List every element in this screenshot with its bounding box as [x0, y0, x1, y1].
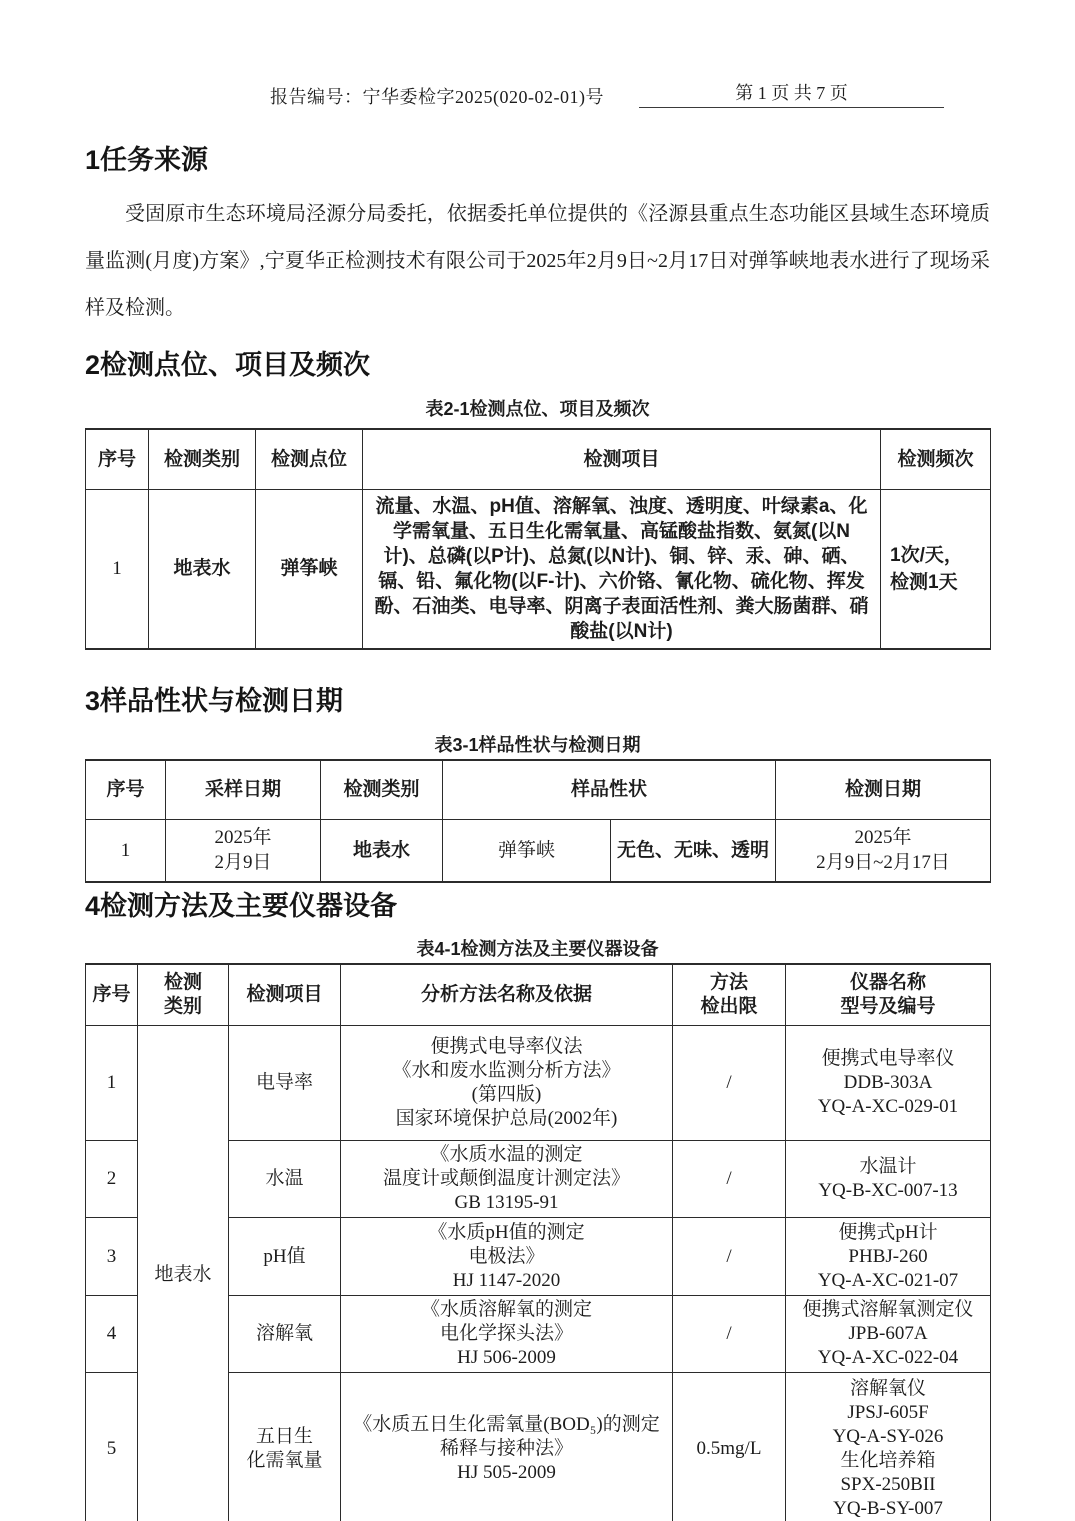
- col-header-item: 检测项目: [229, 964, 341, 1026]
- cell-limit: /: [673, 1296, 786, 1373]
- col-header-category: 检测类别: [149, 429, 256, 489]
- cell-item: 溶解氧: [229, 1296, 341, 1373]
- cell-limit: /: [673, 1218, 786, 1296]
- page-header: 报告编号：宁华委检字2025(020-02-01)号 第 1 页 共 7 页: [85, 82, 990, 108]
- table-3-1-caption: 表3-1样品性状与检测日期: [85, 733, 990, 757]
- cell-seq: 2: [86, 1141, 138, 1218]
- table-3-1-header-row: 序号 采样日期 检测类别 样品性状 检测日期: [86, 760, 991, 820]
- cell-site: 弹筝峡: [443, 820, 611, 882]
- section-4-title: 4检测方法及主要仪器设备: [85, 890, 990, 923]
- cell-sampling-date: 2025年 2月9日: [166, 820, 321, 882]
- table-3-1: 序号 采样日期 检测类别 样品性状 检测日期 1 2025年 2月9日 地表水 …: [85, 759, 991, 883]
- cell-method: 《水质水温的测定 温度计或颠倒温度计测定法》 GB 13195-91: [341, 1141, 673, 1218]
- cell-limit: /: [673, 1141, 786, 1218]
- col-header-seq: 序号: [86, 964, 138, 1026]
- cell-limit: 0.5mg/L: [673, 1373, 786, 1521]
- col-header-sampling-date: 采样日期: [166, 760, 321, 820]
- cell-item: 五日生 化需氧量: [229, 1373, 341, 1521]
- table-2-1-caption: 表2-1检测点位、项目及频次: [85, 397, 990, 421]
- cell-category: 地表水: [321, 820, 443, 882]
- col-header-detection-limit: 方法 检出限: [673, 964, 786, 1026]
- cell-seq: 4: [86, 1296, 138, 1373]
- col-header-category: 检测 类别: [138, 964, 229, 1026]
- section-2-title: 2检测点位、项目及频次: [85, 349, 990, 382]
- table-4-1: 序号 检测 类别 检测项目 分析方法名称及依据 方法 检出限 仪器名称 型号及编…: [85, 963, 991, 1521]
- cell-instrument: 溶解氧仪 JPSJ-605F YQ-A-SY-026 生化培养箱 SPX-250…: [786, 1373, 991, 1521]
- cell-item: 水温: [229, 1141, 341, 1218]
- table-2-1: 序号 检测类别 检测点位 检测项目 检测频次 1 地表水 弹筝峡 流量、水温、p…: [85, 428, 991, 650]
- section-1-title: 1任务来源: [85, 144, 990, 177]
- col-header-seq: 序号: [86, 429, 149, 489]
- cell-instrument: 水温计 YQ-B-XC-007-13: [786, 1141, 991, 1218]
- cell-instrument: 便携式电导率仪 DDB-303A YQ-A-XC-029-01: [786, 1026, 991, 1141]
- cell-method: 《水质溶解氧的测定 电化学探头法》 HJ 506-2009: [341, 1296, 673, 1373]
- col-header-site: 检测点位: [256, 429, 363, 489]
- task-source-paragraph: 受固原市生态环境局泾源分局委托，依据委托单位提供的《泾源县重点生态功能区县域生态…: [85, 191, 990, 332]
- report-number: 报告编号：宁华委检字2025(020-02-01)号: [270, 86, 604, 108]
- col-header-frequency: 检测频次: [881, 429, 991, 489]
- cell-frequency: 1次/天， 检测1天: [881, 489, 991, 649]
- cell-seq: 1: [86, 1026, 138, 1141]
- cell-seq: 3: [86, 1218, 138, 1296]
- table-4-1-header-row: 序号 检测 类别 检测项目 分析方法名称及依据 方法 检出限 仪器名称 型号及编…: [86, 964, 991, 1026]
- table-3-1-data-row: 1 2025年 2月9日 地表水 弹筝峡 无色、无味、透明 2025年 2月9日…: [86, 820, 991, 882]
- col-header-test-date: 检测日期: [776, 760, 991, 820]
- cell-instrument: 便携式pH计 PHBJ-260 YQ-A-XC-021-07: [786, 1218, 991, 1296]
- cell-site: 弹筝峡: [256, 489, 363, 649]
- col-header-seq: 序号: [86, 760, 166, 820]
- cell-seq: 5: [86, 1373, 138, 1521]
- table-2-1-header-row: 序号 检测类别 检测点位 检测项目 检测频次: [86, 429, 991, 489]
- cell-category: 地表水: [149, 489, 256, 649]
- col-header-instrument: 仪器名称 型号及编号: [786, 964, 991, 1026]
- col-header-sample-character: 样品性状: [443, 760, 776, 820]
- cell-seq: 1: [86, 489, 149, 649]
- cell-item: pH值: [229, 1218, 341, 1296]
- table-4-1-caption: 表4-1检测方法及主要仪器设备: [85, 937, 990, 961]
- cell-method: 《水质pH值的测定 电极法》 HJ 1147-2020: [341, 1218, 673, 1296]
- section-3-title: 3样品性状与检测日期: [85, 685, 990, 718]
- cell-character: 无色、无味、透明: [611, 820, 776, 882]
- cell-method: 《水质五日生化需氧量(BOD₅)的测定 稀释与接种法》 HJ 505-2009: [341, 1373, 673, 1521]
- cell-seq: 1: [86, 820, 166, 882]
- cell-method: 便携式电导率仪法 《水和废水监测分析方法》 (第四版) 国家环境保护总局(200…: [341, 1026, 673, 1141]
- col-header-items: 检测项目: [363, 429, 881, 489]
- cell-item: 电导率: [229, 1026, 341, 1141]
- cell-test-date: 2025年 2月9日~2月17日: [776, 820, 991, 882]
- col-header-category: 检测类别: [321, 760, 443, 820]
- page-number-indicator: 第 1 页 共 7 页: [639, 82, 944, 108]
- report-page: 报告编号：宁华委检字2025(020-02-01)号 第 1 页 共 7 页 1…: [0, 0, 1075, 1521]
- table-4-1-row-1: 1 地表水 电导率 便携式电导率仪法 《水和废水监测分析方法》 (第四版) 国家…: [86, 1026, 991, 1141]
- cell-instrument: 便携式溶解氧测定仪 JPB-607A YQ-A-XC-022-04: [786, 1296, 991, 1373]
- cell-items: 流量、水温、pH值、溶解氧、浊度、透明度、叶绿素a、化学需氧量、五日生化需氧量、…: [363, 489, 881, 649]
- page-content: 报告编号：宁华委检字2025(020-02-01)号 第 1 页 共 7 页 1…: [0, 0, 1075, 1521]
- col-header-method: 分析方法名称及依据: [341, 964, 673, 1026]
- cell-limit: /: [673, 1026, 786, 1141]
- table-2-1-data-row: 1 地表水 弹筝峡 流量、水温、pH值、溶解氧、浊度、透明度、叶绿素a、化学需氧…: [86, 489, 991, 649]
- cell-category-merged: 地表水: [138, 1026, 229, 1521]
